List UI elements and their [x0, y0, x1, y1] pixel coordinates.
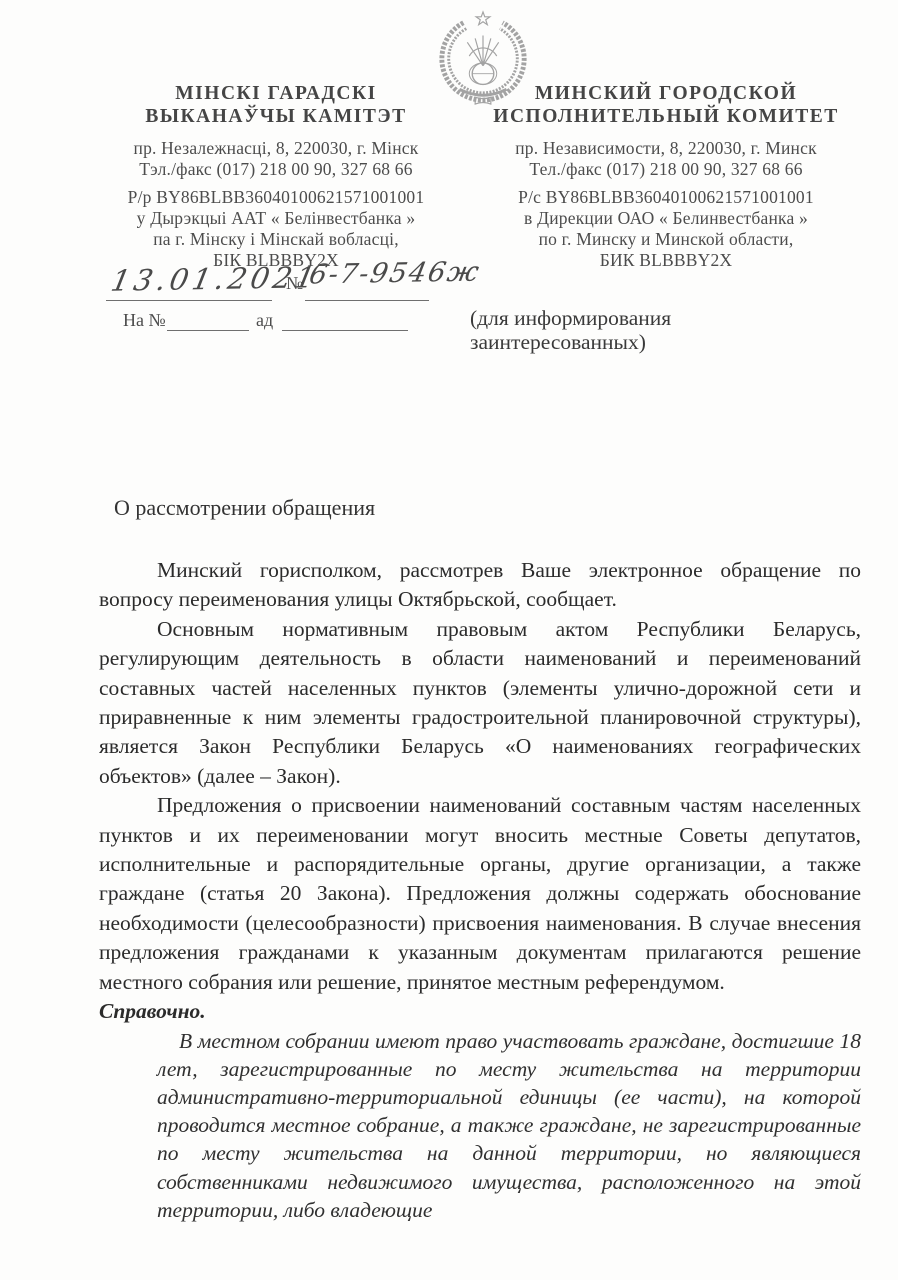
paragraph-law: Основным нормативным правовым актом Респ…: [99, 615, 861, 791]
org-phone-ru: Тел./факс (017) 218 00 90, 327 68 66: [468, 159, 864, 180]
reply-number-underline: [167, 330, 249, 331]
org-account-ru: Р/с BY86BLBB36040100621571001001: [468, 187, 864, 208]
reply-to-label: На №: [123, 310, 166, 331]
org-bank-name-by: у Дырэкцыі ААТ « Белінвестбанка »: [92, 208, 460, 229]
reply-from-label: ад: [256, 310, 273, 331]
org-title-by-line2: ВЫКАНАЎЧЫ КАМІТЭТ: [92, 105, 460, 128]
org-address-ru: пр. Независимости, 8, 220030, г. Минск: [468, 138, 864, 159]
number-sign: №: [286, 273, 303, 294]
org-title-by-line1: МІНСКІ ГАРАДСКІ: [92, 82, 460, 105]
subject-line: О рассмотрении обращения: [114, 495, 375, 521]
paragraph-intro: Минский горисполком, рассмотрев Ваше эле…: [99, 556, 861, 615]
org-phone-by: Тэл./факс (017) 218 00 90, 327 68 66: [92, 159, 460, 180]
paragraph-proposals: Предложения о присвоении наименований со…: [99, 791, 861, 997]
date-underline: [106, 300, 272, 301]
org-bank-bic-ru: БИК BLBBBY2X: [468, 250, 864, 271]
letterhead-russian: МИНСКИЙ ГОРОДСКОЙ ИСПОЛНИТЕЛЬНЫЙ КОМИТЕТ…: [468, 82, 864, 271]
document-page: МІНСКІ ГАРАДСКІ ВЫКАНАЎЧЫ КАМІТЭТ пр. Не…: [0, 0, 898, 1280]
org-address-by: пр. Незалежнасці, 8, 220030, г. Мінск: [92, 138, 460, 159]
note-heading: Справочно.: [99, 997, 861, 1026]
org-bank-city-ru: по г. Минску и Минской области,: [468, 229, 864, 250]
org-account-by: Р/р BY86BLBB36040100621571001001: [92, 187, 460, 208]
org-title-ru-line1: МИНСКИЙ ГОРОДСКОЙ: [468, 82, 864, 105]
handwritten-number: 6-7-9546ж: [307, 257, 484, 291]
org-bank-city-by: па г. Мінску і Мінскай вобласці,: [92, 229, 460, 250]
org-title-ru-line2: ИСПОЛНИТЕЛЬНЫЙ КОМИТЕТ: [468, 105, 864, 128]
reply-date-underline: [282, 330, 408, 331]
recipient-note: (для информирования заинтересованных): [470, 306, 725, 354]
letterhead-belarusian: МІНСКІ ГАРАДСКІ ВЫКАНАЎЧЫ КАМІТЭТ пр. Не…: [92, 82, 460, 271]
note-text: В местном собрании имеют право участвова…: [157, 1027, 861, 1224]
letter-body: Минский горисполком, рассмотрев Ваше эле…: [99, 556, 861, 1224]
org-bank-name-ru: в Дирекции ОАО « Белинвестбанка »: [468, 208, 864, 229]
number-underline: [305, 300, 429, 301]
